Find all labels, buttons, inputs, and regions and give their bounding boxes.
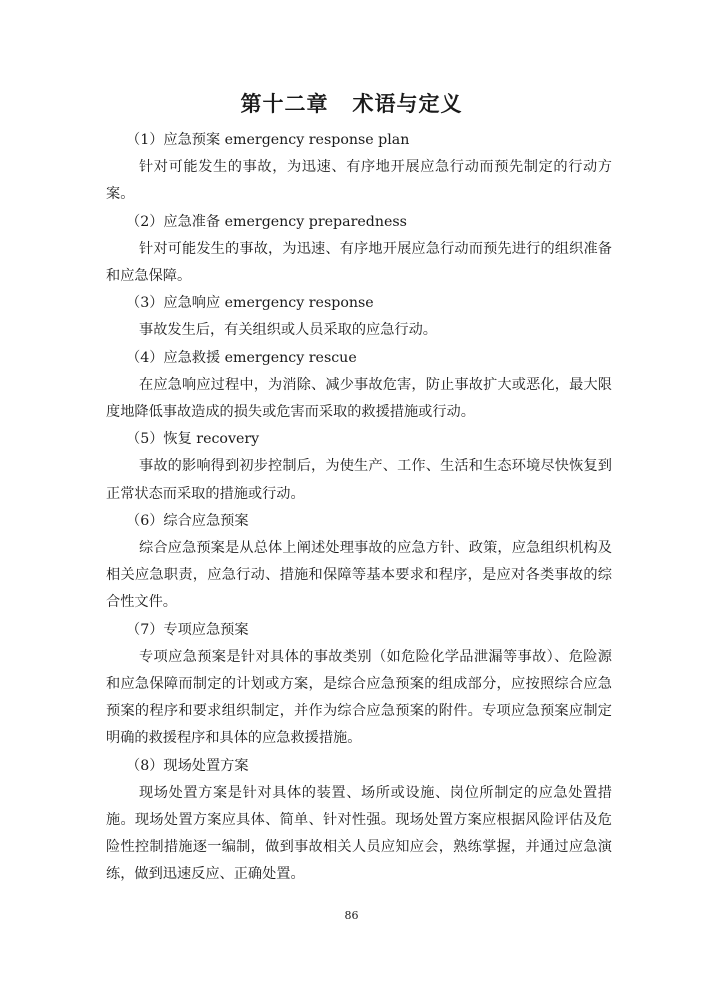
term-definition: 综合应急预案是从总体上阐述处理事故的应急方针、政策，应急组织机构及相关应急职责，… bbox=[106, 535, 612, 617]
term-definition: 事故的影响得到初步控制后，为使生产、工作、生活和生态环境尽快恢复到正常状态而采取… bbox=[106, 453, 612, 507]
term-definition: 针对可能发生的事故，为迅速、有序地开展应急行动而预先进行的组织准备和应急保障。 bbox=[106, 236, 612, 290]
term-heading: （7）专项应急预案 bbox=[106, 617, 612, 644]
chapter-title: 第十二章术语与定义 bbox=[0, 88, 703, 118]
term-section: （3）应急响应 emergency response 事故发生后，有关组织或人员… bbox=[106, 290, 612, 344]
page-number: 86 bbox=[0, 909, 703, 922]
term-definition: 在应急响应过程中，为消除、减少事故危害，防止事故扩大或恶化，最大限度地降低事故造… bbox=[106, 372, 612, 426]
term-section: （8）现场处置方案 现场处置方案是针对具体的装置、场所或设施、岗位所制定的应急处… bbox=[106, 753, 612, 889]
term-section: （5）恢复 recovery 事故的影响得到初步控制后，为使生产、工作、生活和生… bbox=[106, 426, 612, 508]
term-definition: 针对可能发生的事故，为迅速、有序地开展应急行动而预先制定的行动方案。 bbox=[106, 154, 612, 208]
term-heading: （8）现场处置方案 bbox=[106, 753, 612, 780]
term-heading: （3）应急响应 emergency response bbox=[106, 290, 612, 317]
term-section: （1）应急预案 emergency response plan 针对可能发生的事… bbox=[106, 127, 612, 209]
term-heading: （4）应急救援 emergency rescue bbox=[106, 345, 612, 372]
term-heading: （5）恢复 recovery bbox=[106, 426, 612, 453]
document-body: （1）应急预案 emergency response plan 针对可能发生的事… bbox=[106, 127, 612, 889]
document-page: 第十二章术语与定义 （1）应急预案 emergency response pla… bbox=[0, 0, 703, 994]
term-heading: （6）综合应急预案 bbox=[106, 508, 612, 535]
term-definition: 现场处置方案是针对具体的装置、场所或设施、岗位所制定的应急处置措施。现场处置方案… bbox=[106, 780, 612, 889]
chapter-number: 第十二章 bbox=[241, 92, 329, 116]
term-section: （6）综合应急预案 综合应急预案是从总体上阐述处理事故的应急方针、政策，应急组织… bbox=[106, 508, 612, 617]
term-section: （2）应急准备 emergency preparedness 针对可能发生的事故… bbox=[106, 209, 612, 291]
term-definition: 事故发生后，有关组织或人员采取的应急行动。 bbox=[106, 317, 612, 344]
term-heading: （1）应急预案 emergency response plan bbox=[106, 127, 612, 154]
chapter-name: 术语与定义 bbox=[353, 92, 463, 116]
term-heading: （2）应急准备 emergency preparedness bbox=[106, 209, 612, 236]
term-definition: 专项应急预案是针对具体的事故类别（如危险化学品泄漏等事故）、危险源和应急保障而制… bbox=[106, 644, 612, 753]
term-section: （4）应急救援 emergency rescue 在应急响应过程中，为消除、减少… bbox=[106, 345, 612, 427]
term-section: （7）专项应急预案 专项应急预案是针对具体的事故类别（如危险化学品泄漏等事故）、… bbox=[106, 617, 612, 753]
